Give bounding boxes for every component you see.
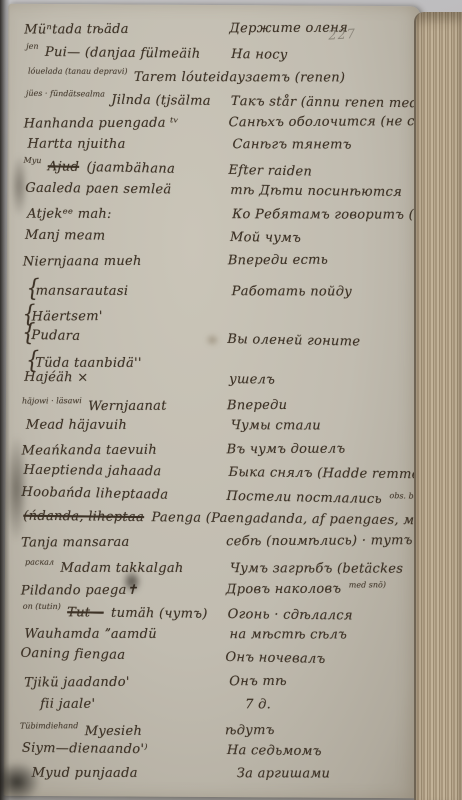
source-phrase: Hajéäh × (24, 370, 229, 387)
manuscript-line: on (tutin) Tut— tumäh (чутъ) Огонь · сдѣ… (23, 602, 462, 630)
phrase-text: Pudara (31, 328, 80, 344)
source-phrase: lóuelada (tanau depravi) Tarem lóuteida (28, 67, 237, 86)
manuscript-line: раскал Madam takkalgah Чумъ загрѣбъ (bet… (25, 557, 462, 581)
source-phrase: Pudara (31, 328, 227, 347)
manuscript-line: Mead häjavuih Чумы стали (26, 418, 462, 442)
source-phrase: Müⁿtada tѣäda (24, 21, 229, 37)
translation-text: На носу (231, 47, 288, 63)
manuscript-line: lóuelada (tanau depravi) Tarem lóuteida … (28, 67, 462, 91)
interlinear-note: раскал (25, 557, 54, 566)
source-phrase: mansarautasi (36, 284, 232, 300)
manuscript-photo: 227 Müⁿtada tѣäda Держите оленя jen Pui—… (0, 0, 462, 800)
translation-text: Впереди есть (228, 253, 328, 269)
translation-text: Огонь · сдѣлался (228, 607, 353, 623)
manuscript-line: Tanja mansaraa себѣ (поимѣлись) · тутъ р… (21, 533, 461, 559)
phrase-text: Jilnda (tjsälma (111, 92, 211, 108)
phrase-text: Hajéäh × (24, 370, 89, 386)
struck-text: Ajud (48, 159, 80, 175)
translation-text: Онъ тѣ (229, 673, 287, 688)
phrase-text: Manj meam (25, 227, 106, 243)
phrase-text: Pui— (danjaa fülmeäih (45, 45, 201, 62)
phrase-text: Hanhanda puengada ᵗᵛ (24, 115, 179, 131)
source-phrase: Tjikü jaadando' (24, 674, 229, 690)
manuscript-line: jües · fündätsealma Jilnda (tjsälma Такъ… (26, 88, 462, 116)
translation-text: Въ чумъ дошелъ (227, 441, 346, 457)
translation-text: Работать пойду (232, 284, 352, 299)
translation-text: Вы оленей гоните (227, 332, 360, 350)
phrase-text: Siym—dienaando'⁾ (22, 741, 148, 757)
manuscript-line: { mansarautasi Работать пойду (27, 276, 462, 301)
phrase-text-continued: tumäh (чутъ) (111, 606, 208, 622)
translation-text: Чумы стали (231, 419, 321, 434)
phrase-text: Hoobańda liheptaada (21, 485, 168, 503)
source-phrase: Gaaleda paen semleä (25, 181, 230, 198)
source-phrase: Hanhanda puengada ᵗᵛ (24, 115, 229, 131)
source-phrase: fii jaale' (40, 696, 245, 712)
phrase-text: Madam takkalgah (60, 560, 183, 575)
interlinear-note: häjowi · läsawi (22, 396, 82, 405)
translation-text: Впереди (227, 398, 287, 413)
phrase-text: Meańkanda taevuih (22, 442, 157, 458)
interlinear-note: on (tutin) (23, 602, 61, 611)
source-phrase: Tüda taanbidä'' (35, 356, 231, 372)
phrase-text: Mead häjavuih (26, 418, 127, 433)
source-phrase: Siym—dienaando'⁾ (22, 741, 227, 758)
phrase-text: Oaning fiengaa (20, 646, 125, 663)
manuscript-line: Tjikü jaadando' Онъ тѣ (20, 672, 460, 698)
binding-shadow (0, 0, 10, 800)
translation-text: Держите оленя (229, 21, 348, 37)
group-brace: { (27, 273, 36, 302)
source-phrase: Meańkanda taevuih (22, 442, 227, 458)
book-fore-edge (414, 12, 462, 800)
source-phrase: Haeptienda jahaada (24, 463, 229, 480)
translation-text: ушелъ (229, 372, 275, 388)
translation-text: За аргишами (237, 766, 331, 781)
phrase-text: Wauhamda ˮaamdü (25, 627, 157, 642)
translation-text: 7 д. (245, 697, 271, 712)
manuscript-line: häjowi · läsawi Wernjaanat Впереди (22, 394, 462, 420)
source-phrase: Tübimdiehand Myesieh (20, 720, 225, 739)
source-phrase: Myu Ajud (jaambähana (23, 156, 228, 178)
phrase-text: Atjekᵉᵉ mah: (27, 206, 112, 221)
source-phrase: Manj meam (25, 227, 230, 244)
translation-text: Мой чумъ (230, 230, 301, 246)
interlinear-note: jües · fündätsealma (26, 88, 105, 98)
phrase-text: fii jaale' (40, 696, 95, 711)
source-phrase: Hartta njuitha (28, 137, 233, 153)
handwritten-lines: Müⁿtada tѣäda Держите оленя jen Pui— (da… (20, 20, 462, 791)
source-phrase: häjowi · läsawi Wernjaanat (22, 396, 227, 415)
phrase-text: Hartta njuitha (28, 137, 126, 152)
source-phrase: Hoobańda liheptaada (21, 485, 226, 504)
manuscript-line: Gaaleda paen semleä тѣ Дѣти посинѣются (25, 181, 462, 209)
translation-note: med snö) (349, 580, 386, 589)
translation-text: узаетъ (renen) (237, 71, 345, 86)
struck-text: Tut— (67, 605, 104, 620)
source-phrase: раскал Madam takkalgah (25, 557, 230, 576)
group-brace: { (22, 317, 32, 346)
phrase-text-continued: (jaambähana (86, 160, 175, 177)
source-phrase: Mead häjavuih (26, 418, 231, 434)
manuscript-page: 227 Müⁿtada tѣäda Держите оленя jen Pui—… (4, 4, 421, 799)
source-phrase: Wauhamda ˮaamdü (25, 627, 230, 643)
source-phrase: Tanja mansaraa (21, 535, 226, 551)
phrase-text: Tarem lóuteida (134, 70, 238, 85)
manuscript-line: Siym—dienaando'⁾ На седьмомъ (22, 741, 462, 769)
phrase-text: Paenga (151, 510, 201, 526)
struck-text: (ńdanda, liheptaa (23, 509, 144, 525)
source-phrase: Niernjaana mueh (23, 253, 228, 269)
translation-text: ѣдутъ (225, 723, 275, 738)
translation-text: На седьмомъ (227, 743, 322, 759)
phrase-text: Niernjaana mueh (23, 254, 142, 270)
phrase-text: Tanja mansaraa (21, 535, 130, 551)
source-phrase: Atjekᵉᵉ mah: (27, 206, 232, 222)
manuscript-line: { Tüda taanbidä'' (26, 348, 462, 373)
source-phrase: on (tutin) Tut— tumäh (чутъ) (23, 602, 228, 622)
interlinear-note: lóuelada (tanau depravi) (28, 67, 128, 76)
source-phrase: Pildando paega✝ (21, 582, 226, 598)
manuscript-line: Myud punjaada За аргишами (24, 766, 462, 790)
source-phrase: Myud punjaada (32, 766, 237, 782)
phrase-text: Tüda taanbidä'' (35, 356, 142, 371)
translation-text: тѣ Дѣти посинѣются (230, 183, 402, 200)
interlinear-note: Tübimdiehand (20, 721, 78, 730)
source-phrase: jües · fündätsealma Jilnda (tjsälma (26, 88, 231, 108)
interlinear-note: jen (26, 42, 38, 51)
manuscript-line: Hanhanda puengada ᵗᵛ Санѣхъ оболочится (… (24, 113, 462, 139)
translation-text: Санѣгъ тянетъ (233, 137, 352, 152)
phrase-text: Myud punjaada (32, 766, 138, 781)
source-phrase: Oaning fiengaa (20, 646, 225, 665)
phrase-text: Tjikü jaadando' (24, 674, 130, 690)
translation-text: Чумъ загрѣбъ (betäckes (230, 561, 403, 576)
phrase-text: Gaaleda paen semleä (25, 181, 171, 198)
phrase-text: Müⁿtada tѣäda (24, 22, 129, 38)
translation-text: Быка снялъ (Hadde remmen) (229, 465, 434, 482)
manuscript-line: Niernjaana mueh Впереди есть (23, 252, 462, 278)
translation-text: на мѣстѣ сѣлъ (230, 627, 348, 642)
phrase-text: Myesieh (85, 724, 142, 739)
interlinear-note: Myu (23, 156, 41, 165)
source-phrase: jen Pui— (danjaa fülmeäih (26, 42, 231, 62)
translation-text: Дровъ наколовъ (226, 581, 342, 597)
translation-text: Постели постлались (226, 489, 382, 507)
translation-text: Онъ ночевалъ (225, 650, 325, 667)
phrase-text: Pildando paega✝ (21, 583, 138, 599)
manuscript-line: Atjekᵉᵉ mah: Ко Ребятамъ говоритъ (имъ) (27, 206, 462, 230)
translation-text: Efter raiden (228, 163, 312, 180)
manuscript-line: fii jaale' 7 д. (24, 696, 462, 720)
phrase-text: mansarautasi (36, 284, 129, 299)
phrase-text: Wernjaanat (88, 399, 167, 414)
phrase-text: Haeptienda jahaada (24, 463, 162, 480)
